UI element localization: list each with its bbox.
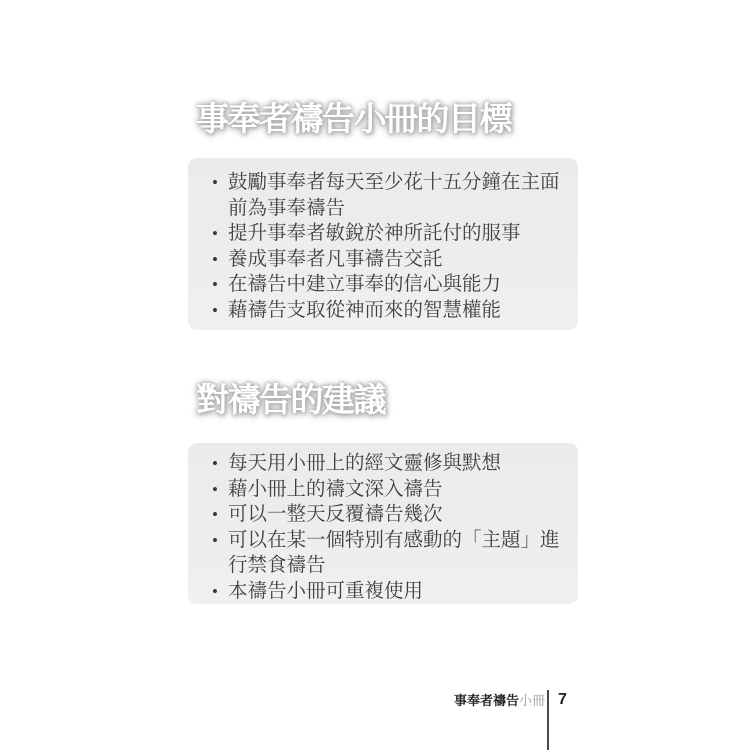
bullet-text: 在禱告中建立事奉的信心與能力 bbox=[228, 272, 566, 298]
list-item: • 在禱告中建立事奉的信心與能力 bbox=[212, 272, 566, 298]
bullet-text: 養成事奉者凡事禱告交託 bbox=[228, 247, 566, 273]
footer-title-suffix: 小冊 bbox=[519, 693, 545, 708]
goals-panel: • 鼓勵事奉者每天至少花十五分鐘在主面前為事奉禱告 • 提升事奉者敏銳於神所託付… bbox=[188, 158, 578, 330]
bullet-text: 每天用小冊上的經文靈修與默想 bbox=[228, 451, 566, 477]
list-item: • 藉小冊上的禱文深入禱告 bbox=[212, 477, 566, 503]
list-item: • 養成事奉者凡事禱告交託 bbox=[212, 247, 566, 273]
bullet-icon: • bbox=[212, 272, 228, 298]
bullet-icon: • bbox=[212, 451, 228, 477]
list-item: • 鼓勵事奉者每天至少花十五分鐘在主面前為事奉禱告 bbox=[212, 170, 566, 221]
bullet-icon: • bbox=[212, 502, 228, 528]
section-goals-heading: 事奉者禱告小冊的目標 bbox=[196, 96, 511, 142]
list-item: • 藉禱告支取從神而來的智慧權能 bbox=[212, 298, 566, 324]
bullet-icon: • bbox=[212, 170, 228, 196]
suggestions-panel: • 每天用小冊上的經文靈修與默想 • 藉小冊上的禱文深入禱告 • 可以一整天反覆… bbox=[188, 443, 578, 604]
booklet-page: 事奉者禱告小冊的目標 • 鼓勵事奉者每天至少花十五分鐘在主面前為事奉禱告 • 提… bbox=[0, 0, 750, 750]
page-number: 7 bbox=[558, 691, 567, 709]
footer-title-main: 事奉者禱告 bbox=[454, 693, 519, 708]
list-item: • 可以一整天反覆禱告幾次 bbox=[212, 502, 566, 528]
bullet-icon: • bbox=[212, 247, 228, 273]
bullet-text: 可以一整天反覆禱告幾次 bbox=[228, 502, 566, 528]
bullet-text: 可以在某一個特別有感動的「主題」進行禁食禱告 bbox=[228, 528, 566, 579]
list-item: • 提升事奉者敏銳於神所託付的服事 bbox=[212, 221, 566, 247]
section-suggestions-heading: 對禱告的建議 bbox=[196, 377, 385, 423]
bullet-text: 藉禱告支取從神而來的智慧權能 bbox=[228, 298, 566, 324]
footer-booklet-title: 事奉者禱告小冊 bbox=[454, 694, 545, 708]
footer-divider bbox=[547, 690, 549, 750]
bullet-icon: • bbox=[212, 298, 228, 324]
list-item: • 每天用小冊上的經文靈修與默想 bbox=[212, 451, 566, 477]
bullet-text: 鼓勵事奉者每天至少花十五分鐘在主面前為事奉禱告 bbox=[228, 170, 566, 221]
bullet-text: 藉小冊上的禱文深入禱告 bbox=[228, 477, 566, 503]
list-item: • 可以在某一個特別有感動的「主題」進行禁食禱告 bbox=[212, 528, 566, 579]
bullet-text: 提升事奉者敏銳於神所託付的服事 bbox=[228, 221, 566, 247]
list-item: • 本禱告小冊可重複使用 bbox=[212, 579, 566, 605]
bullet-icon: • bbox=[212, 579, 228, 605]
bullet-icon: • bbox=[212, 477, 228, 503]
bullet-text: 本禱告小冊可重複使用 bbox=[228, 579, 566, 605]
bullet-icon: • bbox=[212, 528, 228, 554]
bullet-icon: • bbox=[212, 221, 228, 247]
